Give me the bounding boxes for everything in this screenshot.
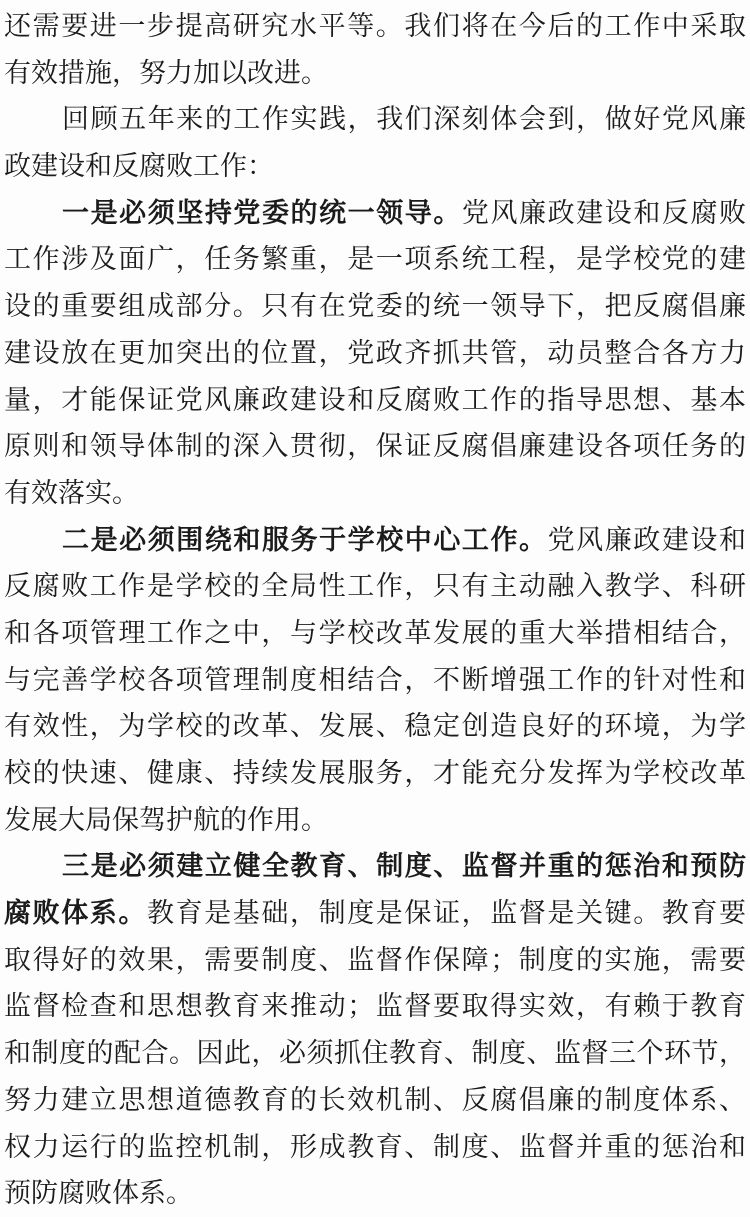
text-segment: 党风廉政建设和反腐败 bbox=[462, 198, 746, 228]
bold-text-segment: 腐败体系。 bbox=[4, 898, 147, 928]
text-segment: 建设放在更加突出的位置，党政齐抓共管，动员整合各方力 bbox=[4, 338, 746, 368]
text-segment: 还需要进一步提高研究水平等。我们将在今后的工作中采取 bbox=[4, 11, 746, 41]
text-segment: 取得好的效果，需要制度、监督作保障；制度的实施，需要 bbox=[4, 945, 746, 975]
text-line: 腐败体系。教育是基础，制度是保证，监督是关键。教育要 bbox=[4, 890, 746, 937]
text-line: 原则和领导体制的深入贯彻，保证反腐倡廉建设各项任务的 bbox=[4, 423, 746, 470]
text-line: 建设放在更加突出的位置，党政齐抓共管，动员整合各方力 bbox=[4, 330, 746, 377]
text-segment: 发展大局保驾护航的作用。 bbox=[4, 805, 328, 835]
text-line: 有效措施，努力加以改进。 bbox=[4, 50, 746, 97]
text-line: 有效落实。 bbox=[4, 470, 746, 517]
text-segment: 有效性，为学校的改革、发展、稳定创造良好的环境，为学 bbox=[4, 711, 746, 741]
text-segment: 校的快速、健康、持续发展服务，才能充分发挥为学校改革 bbox=[4, 758, 746, 788]
text-line: 权力运行的监控机制，形成教育、制度、监督并重的惩治和 bbox=[4, 1124, 746, 1171]
text-line: 和制度的配合。因此，必须抓住教育、制度、监督三个环节， bbox=[4, 1030, 746, 1077]
document-text-block: 还需要进一步提高研究水平等。我们将在今后的工作中采取有效措施，努力加以改进。回顾… bbox=[4, 3, 746, 1217]
text-segment: 政建设和反腐败工作： bbox=[4, 151, 274, 181]
text-segment: 工作涉及面广，任务繁重，是一项系统工程，是学校党的建 bbox=[4, 244, 746, 274]
text-line: 回顾五年来的工作实践，我们深刻体会到，做好党风廉 bbox=[4, 96, 746, 143]
text-line: 取得好的效果，需要制度、监督作保障；制度的实施，需要 bbox=[4, 937, 746, 984]
text-line: 和各项管理工作之中，与学校改革发展的重大举措相结合， bbox=[4, 610, 746, 657]
text-line: 一是必须坚持党委的统一领导。党风廉政建设和反腐败 bbox=[4, 190, 746, 237]
text-line: 还需要进一步提高研究水平等。我们将在今后的工作中采取 bbox=[4, 3, 746, 50]
bold-text-segment: 一是必须坚持党委的统一领导。 bbox=[62, 198, 462, 228]
text-line: 工作涉及面广，任务繁重，是一项系统工程，是学校党的建 bbox=[4, 236, 746, 283]
document-page: 还需要进一步提高研究水平等。我们将在今后的工作中采取有效措施，努力加以改进。回顾… bbox=[0, 0, 750, 1217]
text-line: 发展大局保驾护航的作用。 bbox=[4, 797, 746, 844]
text-segment: 努力建立思想道德教育的长效机制、反腐倡廉的制度体系、 bbox=[4, 1085, 746, 1115]
text-segment: 回顾五年来的工作实践，我们深刻体会到，做好党风廉 bbox=[62, 104, 746, 134]
text-segment: 和制度的配合。因此，必须抓住教育、制度、监督三个环节， bbox=[4, 1038, 746, 1068]
text-line: 反腐败工作是学校的全局性工作，只有主动融入教学、科研 bbox=[4, 563, 746, 610]
text-line: 与完善学校各项管理制度相结合，不断增强工作的针对性和 bbox=[4, 657, 746, 704]
text-segment: 预防腐败体系。 bbox=[4, 1178, 193, 1208]
text-segment: 监督检查和思想教育来推动；监督要取得实效，有赖于教育 bbox=[4, 991, 746, 1021]
bold-text-segment: 三是必须建立健全教育、制度、监督并重的惩治和预防 bbox=[62, 851, 746, 881]
text-segment: 原则和领导体制的深入贯彻，保证反腐倡廉建设各项任务的 bbox=[4, 431, 746, 461]
text-line: 努力建立思想道德教育的长效机制、反腐倡廉的制度体系、 bbox=[4, 1077, 746, 1124]
text-line: 校的快速、健康、持续发展服务，才能充分发挥为学校改革 bbox=[4, 750, 746, 797]
text-line: 三是必须建立健全教育、制度、监督并重的惩治和预防 bbox=[4, 843, 746, 890]
text-line: 预防腐败体系。 bbox=[4, 1170, 746, 1217]
text-line: 设的重要组成部分。只有在党委的统一领导下，把反腐倡廉 bbox=[4, 283, 746, 330]
text-segment: 有效落实。 bbox=[4, 478, 139, 508]
text-segment: 有效措施，努力加以改进。 bbox=[4, 58, 328, 88]
text-segment: 教育是基础，制度是保证，监督是关键。教育要 bbox=[147, 898, 746, 928]
text-segment: 反腐败工作是学校的全局性工作，只有主动融入教学、科研 bbox=[4, 571, 746, 601]
bold-text-segment: 二是必须围绕和服务于学校中心工作。 bbox=[62, 525, 548, 555]
text-segment: 党风廉政建设和 bbox=[548, 525, 746, 555]
text-segment: 量，才能保证党风廉政建设和反腐败工作的指导思想、基本 bbox=[4, 385, 746, 415]
text-line: 政建设和反腐败工作： bbox=[4, 143, 746, 190]
text-segment: 权力运行的监控机制，形成教育、制度、监督并重的惩治和 bbox=[4, 1132, 746, 1162]
text-line: 有效性，为学校的改革、发展、稳定创造良好的环境，为学 bbox=[4, 703, 746, 750]
text-segment: 与完善学校各项管理制度相结合，不断增强工作的针对性和 bbox=[4, 665, 746, 695]
text-segment: 和各项管理工作之中，与学校改革发展的重大举措相结合， bbox=[4, 618, 746, 648]
text-line: 量，才能保证党风廉政建设和反腐败工作的指导思想、基本 bbox=[4, 377, 746, 424]
text-line: 二是必须围绕和服务于学校中心工作。党风廉政建设和 bbox=[4, 517, 746, 564]
text-segment: 设的重要组成部分。只有在党委的统一领导下，把反腐倡廉 bbox=[4, 291, 746, 321]
text-line: 监督检查和思想教育来推动；监督要取得实效，有赖于教育 bbox=[4, 983, 746, 1030]
